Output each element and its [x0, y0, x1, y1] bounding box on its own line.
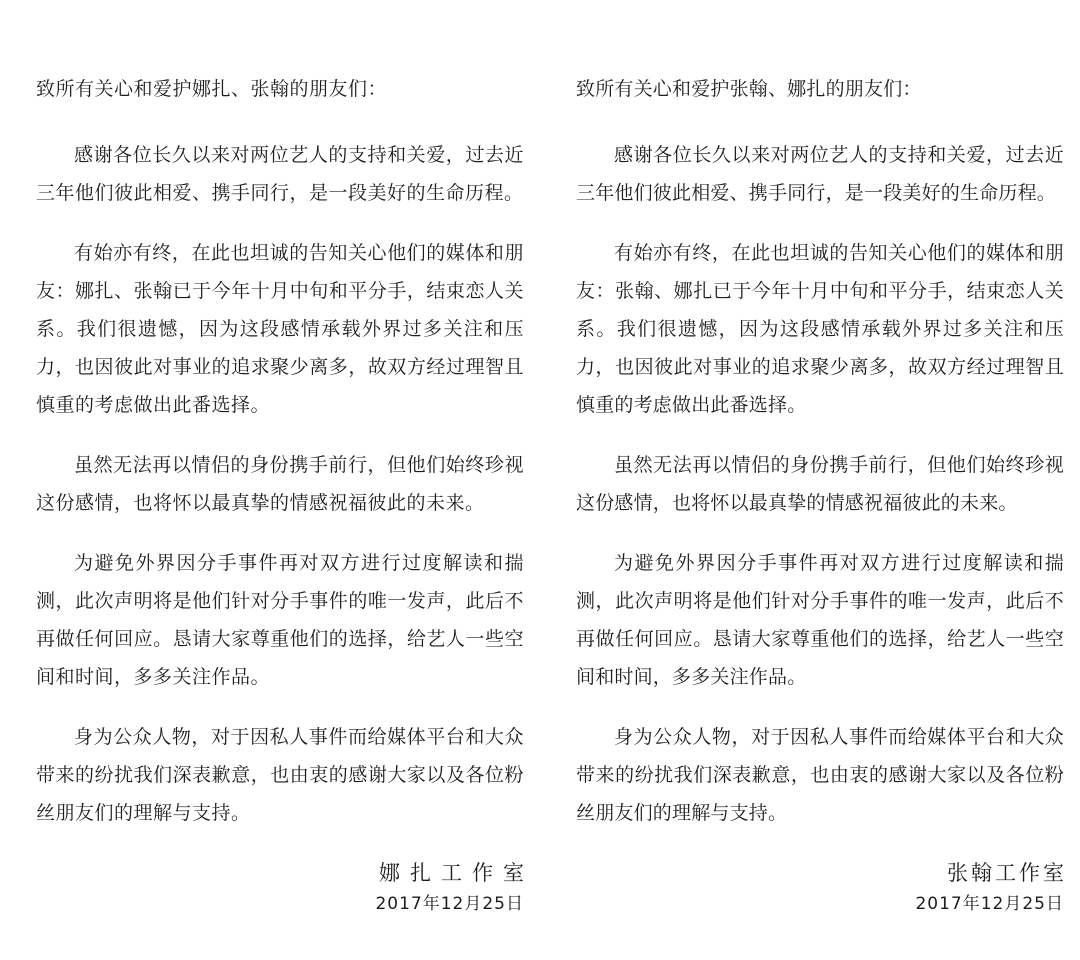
- right-paragraph-4: 为避免外界因分手事件再对双方进行过度解读和揣测，此次声明将是他们针对分手事件的唯…: [576, 544, 1064, 696]
- left-paragraph-3: 虽然无法再以情侣的身份携手前行，但他们始终珍视这份感情，也将怀以最真挚的情感祝福…: [36, 446, 524, 522]
- right-greeting: 致所有关心和爱护张翰、娜扎的朋友们：: [576, 70, 1064, 108]
- left-paragraph-5: 身为公众人物，对于因私人事件而给媒体平台和大众带来的纷扰我们深表歉意，也由衷的感…: [36, 718, 524, 832]
- right-paragraph-1: 感谢各位长久以来对两位艺人的支持和关爱，过去近三年他们彼此相爱、携手同行，是一段…: [576, 136, 1064, 212]
- right-paragraph-5: 身为公众人物，对于因私人事件而给媒体平台和大众带来的纷扰我们深表歉意，也由衷的感…: [576, 718, 1064, 832]
- left-signature-block: 娜扎工作室 2017年12月25日: [36, 856, 524, 918]
- left-greeting: 致所有关心和爱护娜扎、张翰的朋友们：: [36, 70, 524, 108]
- right-statement: 致所有关心和爱护张翰、娜扎的朋友们： 感谢各位长久以来对两位艺人的支持和关爱，过…: [576, 70, 1064, 918]
- left-paragraph-2: 有始亦有终，在此也坦诚的告知关心他们的媒体和朋友：娜扎、张翰已于今年十月中旬和平…: [36, 234, 524, 424]
- left-studio-name: 娜扎工作室: [36, 856, 534, 890]
- right-paragraph-2: 有始亦有终，在此也坦诚的告知关心他们的媒体和朋友：张翰、娜扎已于今年十月中旬和平…: [576, 234, 1064, 424]
- right-signature-block: 张翰工作室 2017年12月25日: [576, 856, 1064, 918]
- right-paragraph-3: 虽然无法再以情侣的身份携手前行，但他们始终珍视这份感情，也将怀以最真挚的情感祝福…: [576, 446, 1064, 522]
- right-studio-name: 张翰工作室: [576, 856, 1067, 890]
- left-paragraph-1: 感谢各位长久以来对两位艺人的支持和关爱，过去近三年他们彼此相爱、携手同行，是一段…: [36, 136, 524, 212]
- statements-page: 致所有关心和爱护娜扎、张翰的朋友们： 感谢各位长久以来对两位艺人的支持和关爱，过…: [0, 0, 1080, 918]
- left-paragraph-4: 为避免外界因分手事件再对双方进行过度解读和揣测，此次声明将是他们针对分手事件的唯…: [36, 544, 524, 696]
- left-statement-date: 2017年12月25日: [36, 890, 524, 918]
- right-statement-date: 2017年12月25日: [576, 890, 1064, 918]
- left-statement: 致所有关心和爱护娜扎、张翰的朋友们： 感谢各位长久以来对两位艺人的支持和关爱，过…: [36, 70, 524, 918]
